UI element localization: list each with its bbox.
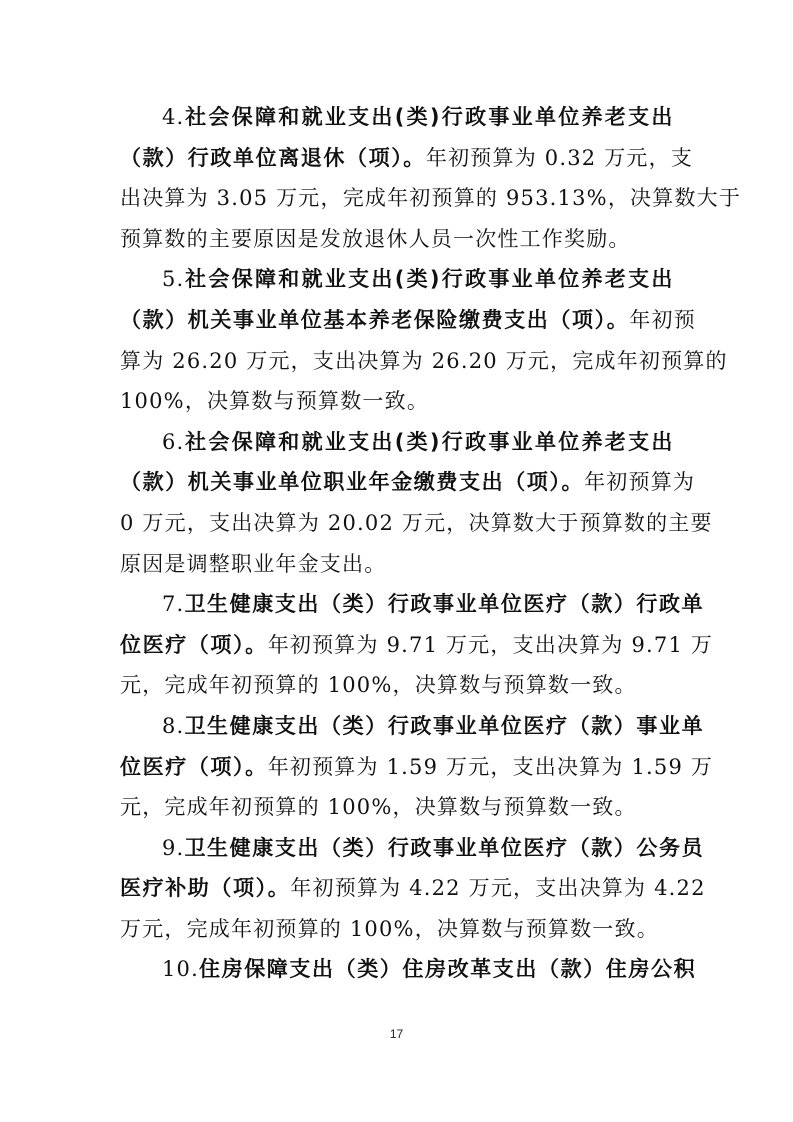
text-line: 元，完成年初预算的 100%，决算数与预算数一致。 xyxy=(120,665,674,706)
text-line: （款）机关事业单位职业年金缴费支出（项）。年初预算为 xyxy=(120,462,674,503)
item-body: 0 万元，支出决算为 20.02 万元，决算数大于预算数的主要 xyxy=(120,511,713,535)
item-body: 100%，决算数与预算数一致。 xyxy=(120,389,429,413)
item-heading: （款）机关事业单位职业年金缴费支出（项）。 xyxy=(120,470,584,494)
text-line: 8.卫生健康支出（类）行政事业单位医疗（款）事业单 xyxy=(120,706,674,747)
item-body: 预算数的主要原因是发放退休人员一次性工作奖励。 xyxy=(120,227,631,251)
item-heading: （款）机关事业单位基本养老保险缴费支出（项）。 xyxy=(120,308,629,332)
text-line: 10.住房保障支出（类）住房改革支出（款）住房公积 xyxy=(120,949,674,990)
text-line: 位医疗（项）。年初预算为 9.71 万元，支出决算为 9.71 万 xyxy=(120,625,674,666)
text-line: 5.社会保障和就业支出(类)行政事业单位养老支出 xyxy=(120,259,674,300)
paragraph-item-4: 4.社会保障和就业支出(类)行政事业单位养老支出 （款）行政单位离退休（项）。年… xyxy=(120,97,674,259)
text-line: 6.社会保障和就业支出(类)行政事业单位养老支出 xyxy=(120,422,674,463)
item-body: 出决算为 3.05 万元，完成年初预算的 953.13%，决算数大于 xyxy=(120,186,741,210)
paragraph-item-5: 5.社会保障和就业支出(类)行政事业单位养老支出 （款）机关事业单位基本养老保险… xyxy=(120,259,674,421)
item-body: 年初预算为 9.71 万元，支出决算为 9.71 万 xyxy=(268,633,713,657)
item-heading: 医疗补助（项）。 xyxy=(120,876,290,900)
item-number: 10. xyxy=(162,957,199,981)
text-line: 9.卫生健康支出（类）行政事业单位医疗（款）公务员 xyxy=(120,828,674,869)
text-line: 100%，决算数与预算数一致。 xyxy=(120,381,674,422)
text-line: 万元，完成年初预算的 100%，决算数与预算数一致。 xyxy=(120,909,674,950)
text-line: 0 万元，支出决算为 20.02 万元，决算数大于预算数的主要 xyxy=(120,503,674,544)
item-number: 9. xyxy=(162,836,184,860)
item-heading: 位医疗（项）。 xyxy=(120,633,268,657)
paragraph-item-9: 9.卫生健康支出（类）行政事业单位医疗（款）公务员 医疗补助（项）。年初预算为 … xyxy=(120,828,674,950)
page-body: 4.社会保障和就业支出(类)行政事业单位养老支出 （款）行政单位离退休（项）。年… xyxy=(120,97,674,990)
text-line: 元，完成年初预算的 100%，决算数与预算数一致。 xyxy=(120,787,674,828)
item-heading: 住房保障支出（类）住房改革支出（款）住房公积 xyxy=(199,957,696,981)
text-line: 预算数的主要原因是发放退休人员一次性工作奖励。 xyxy=(120,219,674,260)
item-heading: （款）行政单位离退休（项）。 xyxy=(120,146,426,170)
item-body: 年初预算为 xyxy=(584,470,695,494)
item-heading: 卫生健康支出（类）行政事业单位医疗（款）公务员 xyxy=(184,836,704,860)
item-body: 年初预算为 1.59 万元，支出决算为 1.59 万 xyxy=(268,755,713,779)
text-line: （款）机关事业单位基本养老保险缴费支出（项）。年初预 xyxy=(120,300,674,341)
page-number: 17 xyxy=(0,1027,793,1041)
document-page: 4.社会保障和就业支出(类)行政事业单位养老支出 （款）行政单位离退休（项）。年… xyxy=(0,0,793,1122)
item-number: 8. xyxy=(162,714,184,738)
item-number: 4. xyxy=(162,105,184,129)
text-line: 4.社会保障和就业支出(类)行政事业单位养老支出 xyxy=(120,97,674,138)
item-body: 年初预算为 4.22 万元，支出决算为 4.22 xyxy=(290,876,705,900)
text-line: （款）行政单位离退休（项）。年初预算为 0.32 万元，支 xyxy=(120,138,674,179)
text-line: 原因是调整职业年金支出。 xyxy=(120,544,674,585)
item-heading: 位医疗（项）。 xyxy=(120,755,268,779)
paragraph-item-6: 6.社会保障和就业支出(类)行政事业单位养老支出 （款）机关事业单位职业年金缴费… xyxy=(120,422,674,584)
item-heading: 卫生健康支出（类）行政事业单位医疗（款）事业单 xyxy=(184,714,704,738)
text-line: 医疗补助（项）。年初预算为 4.22 万元，支出决算为 4.22 xyxy=(120,868,674,909)
text-line: 7.卫生健康支出（类）行政事业单位医疗（款）行政单 xyxy=(120,584,674,625)
paragraph-item-8: 8.卫生健康支出（类）行政事业单位医疗（款）事业单 位医疗（项）。年初预算为 1… xyxy=(120,706,674,828)
item-body: 万元，完成年初预算的 100%，决算数与预算数一致。 xyxy=(120,917,659,941)
item-body: 年初预算为 0.32 万元，支 xyxy=(426,146,693,170)
item-number: 7. xyxy=(162,592,184,616)
item-heading: 社会保障和就业支出(类)行政事业单位养老支出 xyxy=(184,430,674,454)
text-line: 位医疗（项）。年初预算为 1.59 万元，支出决算为 1.59 万 xyxy=(120,747,674,788)
item-body: 元，完成年初预算的 100%，决算数与预算数一致。 xyxy=(120,795,637,819)
item-number: 5. xyxy=(162,267,184,291)
paragraph-item-10: 10.住房保障支出（类）住房改革支出（款）住房公积 xyxy=(120,949,674,990)
item-heading: 社会保障和就业支出(类)行政事业单位养老支出 xyxy=(184,267,674,291)
paragraph-item-7: 7.卫生健康支出（类）行政事业单位医疗（款）行政单 位医疗（项）。年初预算为 9… xyxy=(120,584,674,706)
item-body: 元，完成年初预算的 100%，决算数与预算数一致。 xyxy=(120,673,637,697)
item-body: 算为 26.20 万元，支出决算为 26.20 万元，完成年初预算的 xyxy=(120,349,728,373)
text-line: 算为 26.20 万元，支出决算为 26.20 万元，完成年初预算的 xyxy=(120,341,674,382)
text-line: 出决算为 3.05 万元，完成年初预算的 953.13%，决算数大于 xyxy=(120,178,674,219)
item-heading: 卫生健康支出（类）行政事业单位医疗（款）行政单 xyxy=(184,592,704,616)
item-body: 原因是调整职业年金支出。 xyxy=(120,552,386,576)
item-heading: 社会保障和就业支出(类)行政事业单位养老支出 xyxy=(184,105,674,129)
item-body: 年初预 xyxy=(629,308,696,332)
item-number: 6. xyxy=(162,430,184,454)
